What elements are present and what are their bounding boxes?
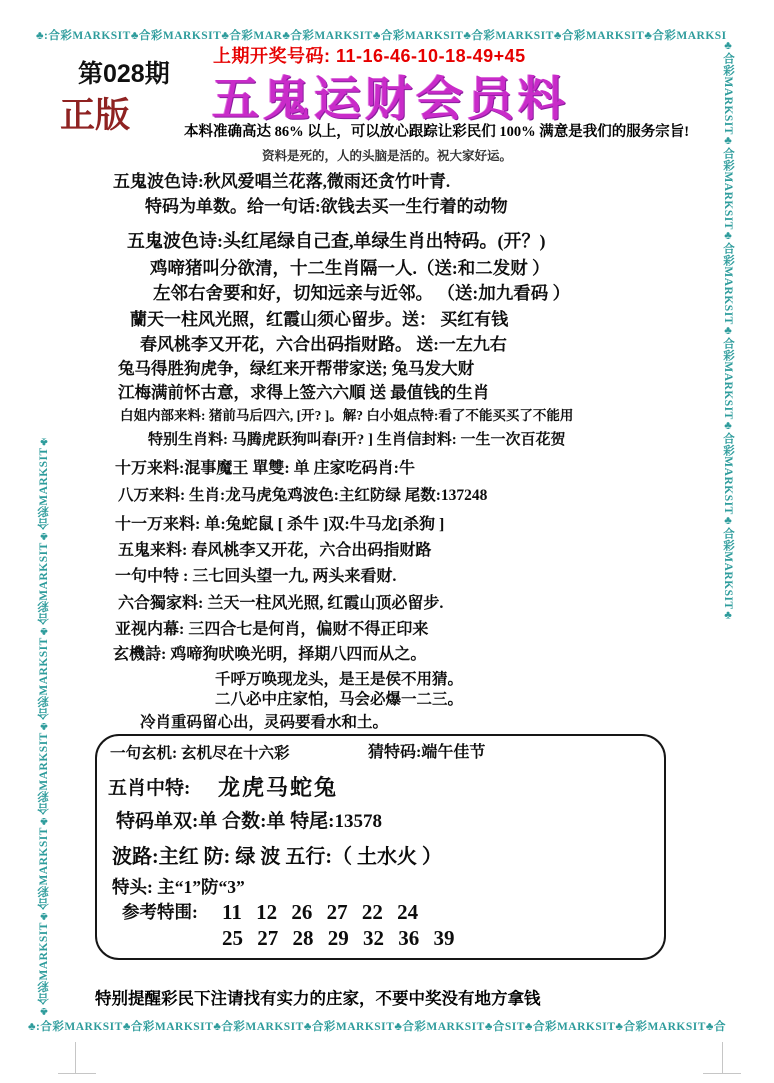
tip-line: 十一万来料: 单:兔蛇鼠 [ 杀牛 ]双:牛马龙[杀狗 ] [115, 511, 444, 534]
bettor-warning: 特别提醒彩民下注请找有实力的庄家，不要中奖没有地方拿钱 [95, 985, 541, 1009]
tip-line: 五鬼波色诗:头红尾绿自己查,单绿生肖出特码。(开？) [127, 227, 545, 253]
five-zodiac-value: 龙虎马蛇兔 [218, 771, 338, 802]
tip-line: 白姐内部来料: 猪前马后四六, [开? ]。解? 白小姐点特:看了不能买买了不能… [120, 404, 573, 424]
frame-top-marksit: ♣:合彩MARKSIT♣合彩MARKSIT♣合彩MAR♣合彩MARKSIT♣合彩… [36, 27, 726, 43]
tip-line: 五鬼来料: 春风桃李又开花，六合出码指财路 [118, 537, 431, 560]
frame-left-marksit: ♣合彩MARKSIT♣合彩MARKSIT♣合彩MARKSIT♣合彩MARKSIT… [36, 42, 52, 1017]
tip-line: 十万来料:混事魔王 單雙: 单 庄家吃码肖:牛 [115, 455, 415, 478]
guess-special-code: 猜特码:端午佳节 [368, 739, 485, 762]
tip-line: 特别生肖料: 马腾虎跃狗叫春[开? ] 生肖信封料: 一生一次百花贺 [148, 428, 565, 449]
advice-note: 资料是死的，人的头脑是活的。祝大家好运。 [262, 146, 512, 164]
tip-line: 江梅满前怀古意，求得上签六六順 送 最值钱的生肖 [118, 379, 489, 403]
cropped-table-edge-right [703, 1042, 741, 1074]
tip-line: 蘭天一柱风光照，红霞山须心留步。送： 买红有钱 [130, 305, 508, 330]
five-zodiac-label: 五肖中特: [108, 773, 190, 800]
lottery-tip-sheet: ♣:合彩MARKSIT♣合彩MARKSIT♣合彩MAR♣合彩MARKSIT♣合彩… [0, 0, 774, 1083]
tip-line: 亚视内幕: 三四合七是何肖，偏财不得正印来 [115, 616, 428, 639]
tip-line: 兔马得胜狗虎争，绿红来开帮带家送; 兔马发大财 [118, 355, 474, 379]
frame-right-marksit: ♣合彩MARKSIT♣合彩MARKSIT♣合彩MARKSIT♣合彩MARKSIT… [720, 40, 736, 1015]
issue-number: 第028期 [78, 54, 170, 90]
tip-line: 二八必中庄家怕，马会必爆一二三。 [215, 687, 463, 709]
odd-even-line: 特码单双:单 合数:单 特尾:13578 [116, 806, 382, 833]
mystery-phrase: 一句玄机: 玄机尽在十六彩 [110, 741, 290, 763]
tip-line: 千呼万唤现龙头，是王是侯不用猜。 [215, 667, 463, 689]
tip-line: 特码为单数。给一句话:欲钱去买一生行着的动物 [145, 192, 508, 217]
tip-line: 左邻右舍要和好，切知远亲与近邻。 （送:加九看码 ） [153, 280, 570, 305]
tip-line: 春风桃李又开花，六合出码指财路。 送:一左九右 [140, 330, 507, 355]
cropped-table-edge-left [58, 1042, 96, 1074]
edition-stamp: 正版 [60, 88, 130, 138]
accuracy-slogan: 本料准确高达 86% 以上，可以放心跟踪让彩民们 100% 满意是我们的服务宗旨… [184, 120, 689, 141]
tip-line: 玄機詩: 鸡啼狗吠唤光明，择期八四而从之。 [113, 641, 426, 664]
reference-range-row1: 11 12 26 27 22 24 [222, 900, 418, 925]
tip-line: 八万来料: 生肖:龙马虎兔鸡波色:主红防绿 尾数:137248 [118, 483, 487, 505]
tip-line: 五鬼波色诗:秋风爱唱兰花落,微雨还贪竹叶青. [113, 167, 450, 192]
reference-range-label: 参考特围: [122, 899, 198, 924]
frame-bottom-marksit: ♣:合彩MARKSIT♣合彩MARKSIT♣合彩MARKSIT♣合彩MARKSI… [28, 1018, 748, 1034]
tip-line: 一句中特 : 三七回头望一九, 两头来看财. [115, 563, 396, 586]
wave-color-line: 波路:主红 防: 绿 波 五行:（ 土水火 ） [112, 840, 442, 869]
reference-range-row2: 25 27 28 29 32 36 39 [222, 926, 455, 951]
special-head-line: 特头: 主“1”防“3” [112, 874, 245, 899]
tip-line: 六合獨家料: 兰天一柱风光照, 红霞山顶必留步. [118, 590, 443, 613]
page-title: 五鬼运财会员料 [212, 62, 569, 129]
tip-line: 冷肖重码留心出，灵码要看水和土。 [140, 710, 388, 732]
tip-line: 鸡啼猪叫分欲清，十二生肖隔一人.（送:和二发财 ） [150, 255, 550, 280]
